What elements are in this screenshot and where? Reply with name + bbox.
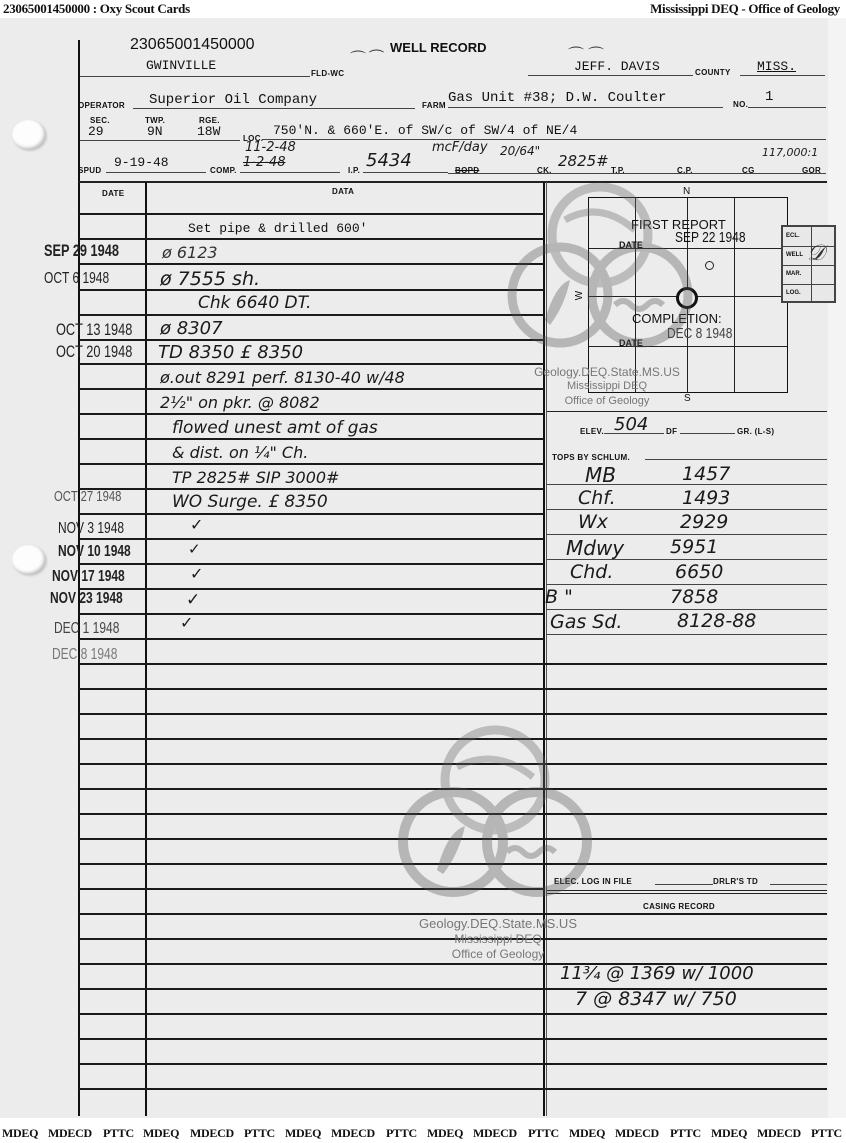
tops-label: TOPS BY SCHLUM.	[552, 453, 630, 462]
top-depth: 1493	[682, 487, 730, 509]
comp-label: COMP.	[210, 166, 237, 175]
mdeq-logo-watermark	[395, 722, 595, 912]
binder-hole-bottom	[12, 545, 46, 575]
footer-label: MDECD	[331, 1126, 375, 1141]
checklist-item: MAR.	[786, 271, 801, 277]
row-line	[79, 1063, 827, 1065]
footer-label: PTTC	[670, 1126, 701, 1141]
tops-line	[547, 509, 827, 510]
log-entry: ✓	[180, 613, 193, 632]
watermark-url: Geology.DEQ.State.MS.US	[398, 916, 598, 931]
footer-label: MDEQ	[2, 1126, 38, 1141]
field-name: GWINVILLE	[146, 58, 216, 73]
spud-value: 9-19-48	[114, 155, 169, 170]
row-line	[79, 913, 827, 915]
farm-value: Gas Unit #38; D.W. Coulter	[448, 90, 666, 106]
tops-line	[547, 534, 827, 535]
binder-hole-top	[12, 120, 46, 150]
ip-unit: mcF/day	[432, 140, 488, 155]
footer-label: PTTC	[386, 1126, 417, 1141]
row-line	[79, 713, 827, 715]
county-label: COUNTY	[695, 68, 731, 77]
top-formation: B "	[545, 586, 573, 608]
log-date: OCT 6 1948	[44, 270, 109, 288]
field-label: FLD-WC	[311, 69, 344, 78]
row-line	[79, 438, 544, 440]
row-line	[79, 488, 544, 490]
footer-label: MDEQ	[427, 1126, 463, 1141]
footer-label: MDECD	[48, 1126, 92, 1141]
drlr-td-underline	[770, 884, 827, 885]
footer-label: MDEQ	[569, 1126, 605, 1141]
elev-underline	[604, 433, 664, 434]
log-date: OCT 20 1948	[56, 342, 132, 362]
date-column-divider	[145, 182, 147, 1116]
footer-label: MDECD	[473, 1126, 517, 1141]
row-line	[79, 538, 544, 540]
row-line	[79, 289, 544, 291]
log-entry: ✓	[186, 590, 200, 610]
footer-label: MDEQ	[711, 1126, 747, 1141]
checklist-item: ECL.	[786, 233, 800, 239]
footer-label: PTTC	[103, 1126, 134, 1141]
elev-value: 504	[614, 414, 648, 435]
row-line	[79, 314, 544, 316]
ip-label: I.P.	[348, 166, 360, 175]
tops-line	[547, 634, 827, 635]
casing-entry: 7 @ 8347 w/ 750	[575, 988, 737, 1010]
top-depth: 1457	[682, 463, 730, 485]
title-bar: 23065001450000 : Oxy Scout Cards Mississ…	[0, 0, 846, 18]
top-depth: 6650	[675, 561, 723, 583]
row-line	[79, 663, 827, 665]
row-line	[79, 613, 544, 615]
elec-log-underline	[655, 884, 713, 885]
gor-underline	[448, 173, 826, 174]
casing-entry: 11¾ @ 1369 w/ 1000	[560, 963, 754, 984]
top-depth: 7858	[670, 586, 718, 608]
filing-checklist-box: ECL. WELL MAR. LOG. 𝒟	[781, 225, 836, 303]
top-depth: 5951	[670, 536, 718, 558]
gr-label: GR. (L-S)	[737, 427, 774, 436]
elev-label: ELEV.	[580, 427, 604, 436]
df-underline	[680, 433, 735, 434]
checklist-initials: 𝒟	[807, 241, 825, 266]
loc-underline	[262, 139, 826, 140]
gor-value: 117,000:1	[762, 146, 818, 159]
log-entry: WO Surge. £ 8350	[172, 492, 328, 512]
sec-value: 29	[88, 124, 104, 139]
location-value: 750'N. & 660'E. of SW/c of SW/4 of NE/4	[273, 123, 577, 138]
operator-label: OPERATOR	[78, 101, 125, 110]
row-line	[79, 339, 544, 341]
top-depth: 8128-88	[677, 610, 756, 632]
watermark-agency: Mississippi DEQ	[398, 932, 598, 946]
row-line	[79, 463, 544, 465]
watermark-agency: Mississippi DEQ	[517, 380, 697, 392]
log-entry: ø 6123	[162, 243, 218, 262]
row-line	[79, 388, 544, 390]
tops-underline	[645, 459, 827, 460]
comp-value: 11-2-48	[245, 140, 296, 155]
top-formation: Chf.	[578, 487, 616, 509]
df-label: DF	[666, 427, 677, 436]
staple-mark-left: ⌒ ⁀	[350, 46, 383, 69]
watermark-url: Geology.DEQ.State.MS.US	[517, 365, 697, 379]
checklist-divider	[783, 284, 834, 285]
form-title: WELL RECORD	[390, 40, 487, 55]
row-line	[79, 513, 544, 515]
row-line	[79, 1088, 827, 1090]
footer-label: MDEQ	[285, 1126, 321, 1141]
spud-underline	[106, 172, 206, 173]
footer-label: MDECD	[190, 1126, 234, 1141]
state-name: MISS.	[757, 59, 796, 74]
tp-value: 2825#	[558, 152, 609, 170]
well-location-marker-small	[705, 261, 714, 270]
log-date: NOV 23 1948	[50, 590, 123, 608]
row-line	[79, 263, 544, 265]
header-divider	[79, 181, 827, 183]
row-line	[79, 638, 544, 640]
ip-value: 5434	[366, 150, 412, 171]
choke-value: 20/64"	[500, 144, 540, 158]
no-underline	[748, 107, 826, 108]
county-name: JEFF. DAVIS	[574, 59, 660, 74]
log-entry: ø 8307	[160, 318, 223, 339]
log-date: NOV 10 1948	[58, 543, 131, 561]
mdeq-logo-watermark	[505, 180, 695, 360]
data-header: DATA	[332, 187, 354, 196]
state-underline	[740, 75, 825, 76]
log-date: SEP 29 1948	[44, 241, 119, 261]
ip-underline	[363, 172, 448, 173]
farm-underline	[448, 107, 723, 108]
log-date: DEC 8 1948	[52, 646, 117, 664]
row-line	[79, 688, 827, 690]
log-date: NOV 17 1948	[52, 568, 125, 586]
operator-underline	[133, 108, 415, 109]
log-date: NOV 3 1948	[58, 520, 124, 538]
log-entry: Set pipe & drilled 600'	[188, 221, 367, 236]
row-line	[79, 213, 544, 215]
top-formation: MB	[585, 463, 616, 487]
footer-label: PTTC	[811, 1126, 842, 1141]
agency-title: Mississippi DEQ - Office of Geology	[650, 1, 840, 17]
tops-line	[547, 584, 827, 585]
top-depth: 2929	[680, 511, 728, 533]
log-date: DEC 1 1948	[54, 620, 119, 638]
casing-record-label: CASING RECORD	[643, 902, 715, 911]
footer-bar: MDEQ MDECD PTTC MDEQ MDECD PTTC MDEQ MDE…	[0, 1124, 846, 1143]
row-line	[79, 413, 544, 415]
well-number: 1	[765, 89, 773, 105]
field-underline	[80, 76, 310, 77]
date-header: DATE	[102, 189, 124, 198]
farm-label: FARM	[422, 101, 446, 110]
row-line	[79, 363, 544, 365]
footer-label: PTTC	[244, 1126, 275, 1141]
comp-underline	[240, 172, 340, 173]
card-edge	[828, 18, 846, 1118]
top-formation: Gas Sd.	[550, 611, 622, 633]
checklist-item: WELL	[786, 252, 803, 258]
footer-label: PTTC	[528, 1126, 559, 1141]
log-date: OCT 13 1948	[56, 320, 132, 340]
row-line	[79, 1013, 827, 1015]
checklist-item: LOG.	[786, 290, 801, 296]
footer-label: MDECD	[615, 1126, 659, 1141]
top-formation: Wx	[578, 511, 608, 533]
log-entry: ✓	[188, 540, 201, 558]
log-entry: ø.out 8291 perf. 8130-40 w/48	[160, 368, 405, 387]
operator-value: Superior Oil Company	[149, 92, 317, 108]
watermark-office: Office of Geology	[398, 947, 598, 961]
footer-label: MDECD	[757, 1126, 801, 1141]
sec-underline	[80, 140, 240, 141]
document-title: 23065001450000 : Oxy Scout Cards	[3, 1, 190, 17]
row-line	[79, 588, 544, 590]
drlr-td-label: DRLR'S TD	[713, 877, 758, 886]
spud-label: SPUD	[78, 166, 101, 175]
log-entry: Chk 6640 DT.	[198, 293, 311, 313]
log-entry: & dist. on ¼" Ch.	[172, 443, 308, 462]
comp-struck-value: 1-2-48	[243, 155, 285, 170]
log-entry: ø 7555 sh.	[160, 268, 260, 290]
plat-divider	[547, 411, 827, 412]
top-formation: Mdwy	[566, 536, 624, 560]
twp-value: 9N	[147, 124, 163, 139]
watermark-office: Office of Geology	[517, 395, 697, 407]
log-entry: TD 8350 £ 8350	[158, 342, 303, 363]
no-label: NO.	[733, 100, 748, 109]
api-number: 23065001450000	[130, 36, 255, 54]
log-entry: ✓	[190, 564, 203, 583]
county-underline	[528, 75, 693, 76]
row-line	[79, 1038, 827, 1040]
row-line	[79, 563, 544, 565]
footer-label: MDEQ	[143, 1126, 179, 1141]
log-entry: flowed unest amt of gas	[172, 418, 378, 438]
log-entry: ✓	[190, 515, 203, 534]
log-entry: TP 2825# SIP 3000#	[172, 468, 339, 487]
plat-grid-line	[734, 198, 735, 392]
log-date: OCT 27 1948	[54, 488, 121, 505]
row-line	[79, 238, 544, 240]
rge-value: 18W	[197, 124, 220, 139]
top-formation: Chd.	[570, 561, 613, 583]
log-entry: 2½" on pkr. @ 8082	[160, 393, 320, 412]
